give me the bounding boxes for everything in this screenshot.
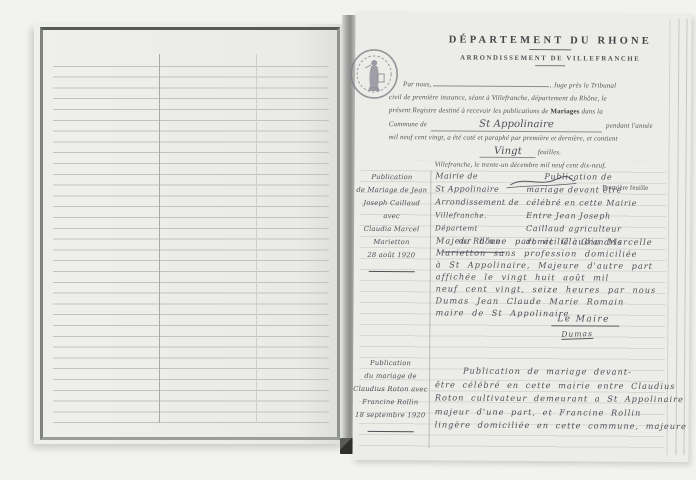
- entry-line: Publication de: [526, 170, 686, 184]
- entry2-margin-note: Publication du mariage de Claudius Roton…: [353, 357, 429, 433]
- mairie-line: Mairie de: [435, 169, 525, 183]
- preamble-line: mil neuf cent vingt, a été coté et parap…: [389, 131, 653, 146]
- mairie-line: Arrondissement de: [435, 195, 525, 209]
- scanned-register-spread: DÉPARTEMENT DU RHONE ARRONDISSEMENT DE V…: [0, 0, 696, 480]
- par-nous-prefix: Par nous,: [403, 80, 432, 88]
- margin-note-line: Joseph Caillaud avec: [354, 197, 429, 224]
- entry1-body: Majeur d'une part et Claudia Marcelle Ma…: [435, 234, 688, 320]
- mairie-line: Villefranche. Départemt: [435, 208, 525, 235]
- margin-note-date: 18 septembre 1920: [353, 409, 428, 423]
- entry-line: lingère domiciliée en cette commune, maj…: [435, 418, 689, 433]
- preamble-line: présent Registre destiné à recevoir les …: [389, 104, 653, 119]
- header-rule: [529, 49, 571, 50]
- entry-line: Entre Jean Joseph: [526, 209, 686, 223]
- margin-note-line: Publication: [353, 357, 428, 371]
- entry-line: célébré en cette Mairie: [526, 196, 686, 210]
- left-page-secondary-rule: [256, 54, 257, 423]
- margin-note-date: 28 août 1920: [354, 249, 429, 263]
- left-page-margin-rule: [159, 54, 160, 423]
- header-rule: [535, 65, 565, 66]
- margin-note-line: du mariage de: [353, 370, 428, 384]
- entry-line: Roton cultivateur demeurant a St Appolin…: [435, 391, 689, 406]
- registre-prefix: présent Registre destiné à recevoir les …: [389, 106, 549, 115]
- page-header: DÉPARTEMENT DU RHONE ARRONDISSEMENT DE V…: [425, 34, 675, 67]
- left-page-ruled-lines: [53, 56, 329, 423]
- entry2-body: Publication de mariage devant- être célé…: [435, 364, 689, 433]
- mariages-bold-word: Mariages: [550, 107, 579, 115]
- commune-prefix: Commune de: [389, 118, 427, 131]
- commune-suffix: pendant l'année: [606, 120, 653, 133]
- left-page: [34, 24, 344, 444]
- entry-line: Caillaud agriculteur: [526, 222, 686, 236]
- entry-line: Publication de mariage devant-: [435, 364, 689, 379]
- bookmark-tab: [340, 438, 353, 454]
- arrondissement-subtitle: ARRONDISSEMENT DE VILLEFRANCHE: [425, 54, 675, 63]
- margin-note-line: de Mariage de Jean: [354, 184, 429, 198]
- entry1-margin-note: Publication de Mariage de Jean Joseph Ca…: [354, 171, 430, 273]
- feuilles-count-handwritten: Vingt: [480, 146, 536, 158]
- judge-name-blank: [434, 78, 550, 87]
- entry1-closing-title: Le Maire: [551, 314, 620, 326]
- margin-note-line: Claudius Roton avec: [353, 383, 428, 397]
- registre-suffix: dans la: [581, 107, 603, 115]
- left-page-border-frame: [40, 27, 340, 440]
- par-nous-suffix: , Juge près le Tribunal: [550, 81, 617, 89]
- department-title: DÉPARTEMENT DU RHONE: [425, 34, 675, 47]
- right-page: DÉPARTEMENT DU RHONE ARRONDISSEMENT DE V…: [352, 12, 691, 462]
- entry1-mayor-signature: Dumas: [561, 329, 593, 340]
- feuilles-label: feuilles.: [538, 148, 561, 156]
- commune-handwritten-value: St Appolinaire: [431, 117, 602, 132]
- margin-note-line: Publication: [354, 171, 429, 185]
- margin-note-line: Francine Rollin: [353, 396, 428, 410]
- mairie-line: St Appolinaire: [435, 182, 525, 196]
- margin-note-line: Claudia Marcel Marietton: [354, 223, 429, 250]
- entry-line: mariage devant être: [526, 183, 686, 197]
